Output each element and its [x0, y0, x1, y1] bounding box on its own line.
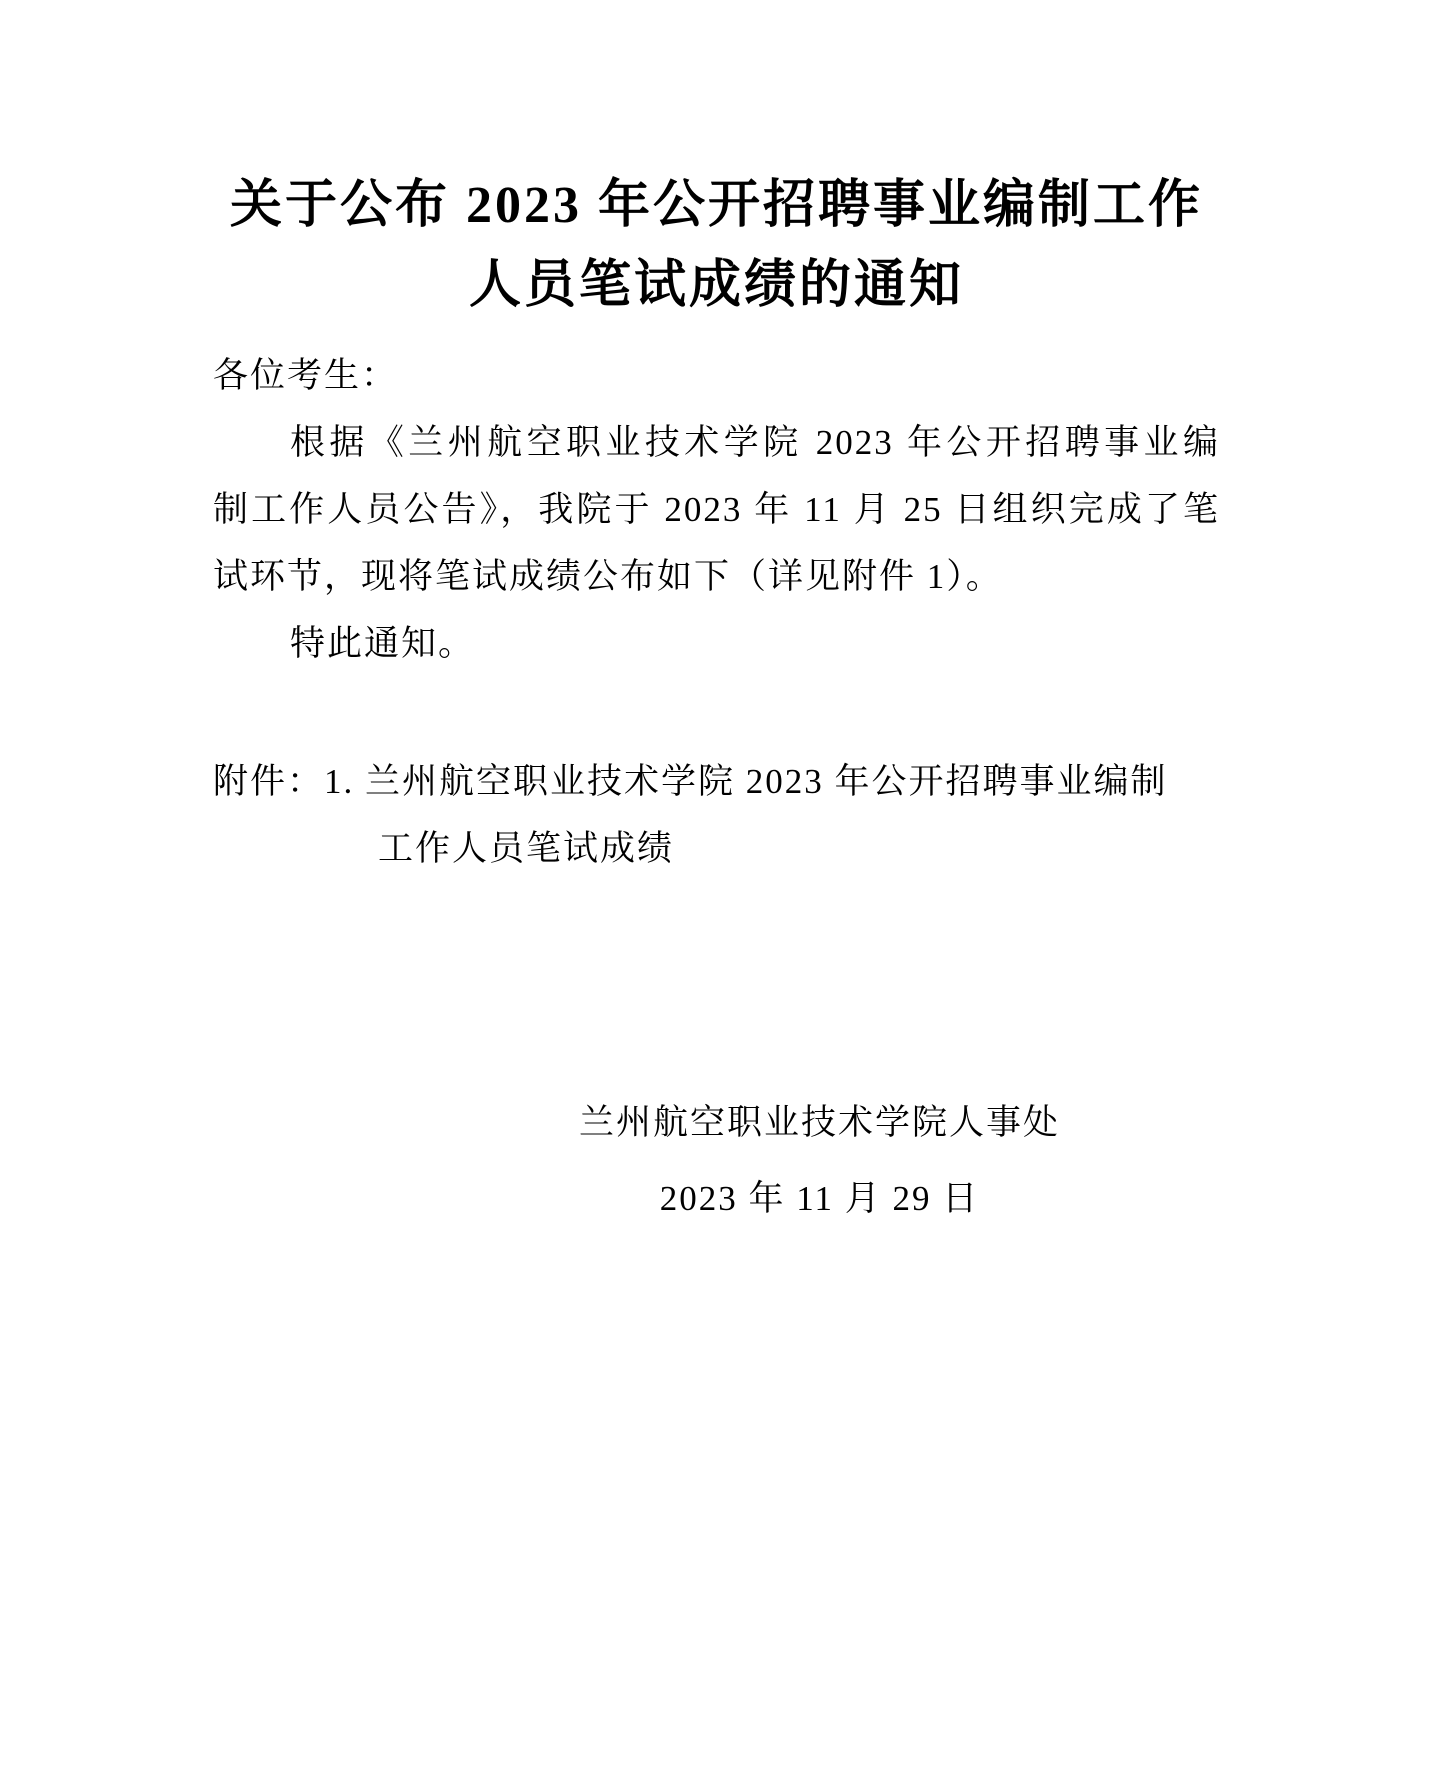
salutation: 各位考生： [213, 342, 1220, 409]
notice-document-page: 关于公布 2023 年公开招聘事业编制工作 人员笔试成绩的通知 各位考生： 根据… [0, 0, 1441, 1780]
signature-block: 兰州航空职业技术学院人事处 2023 年 11 月 29 日 [419, 1085, 1220, 1237]
closing-line: 特此通知。 [213, 610, 1220, 677]
paragraph-line-3: 试环节，现将笔试成绩公布如下（详见附件 1）。 [213, 543, 1220, 610]
attachment-block: 附件：1. 兰州航空职业技术学院 2023 年公开招聘事业编制 工作人员笔试成绩 [213, 748, 1220, 882]
document-title-line-2: 人员笔试成绩的通知 [213, 246, 1220, 326]
paragraph-line-2: 制工作人员公告》，我院于 2023 年 11 月 25 日组织完成了笔 [213, 476, 1220, 543]
signature-date: 2023 年 11 月 29 日 [419, 1161, 1220, 1237]
attachment-line-1: 附件：1. 兰州航空职业技术学院 2023 年公开招聘事业编制 [213, 748, 1220, 815]
paragraph-line-1: 根据《兰州航空职业技术学院 2023 年公开招聘事业编 [213, 409, 1220, 476]
signature-organization: 兰州航空职业技术学院人事处 [419, 1085, 1220, 1161]
document-title: 关于公布 2023 年公开招聘事业编制工作 人员笔试成绩的通知 [213, 166, 1220, 326]
document-body: 各位考生： 根据《兰州航空职业技术学院 2023 年公开招聘事业编 制工作人员公… [213, 342, 1220, 677]
attachment-line-2: 工作人员笔试成绩 [213, 815, 1220, 882]
document-title-line-1: 关于公布 2023 年公开招聘事业编制工作 [213, 166, 1220, 246]
